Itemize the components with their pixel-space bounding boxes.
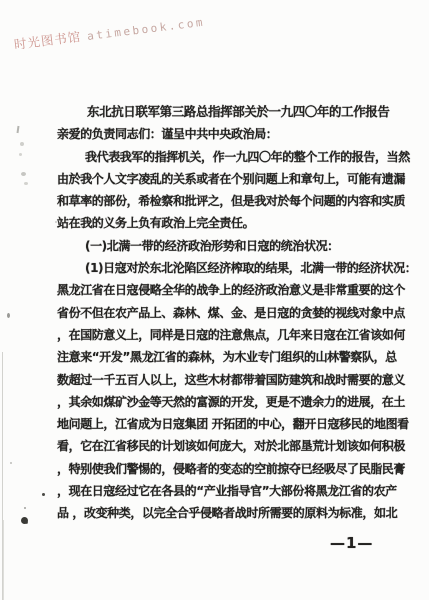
scan-speck	[19, 153, 22, 156]
report-line: 站在我的义务上负有政治上完全责任。	[57, 212, 398, 234]
scan-speck	[7, 313, 10, 318]
document-page: 时光图书馆atimebook.com 东北抗日联军第三路总指挥部关於一九四〇年的…	[0, 0, 429, 600]
report-subsection-heading: (1)日寇对於东北沦陷区经济榨取的结果，北满一带的经济状况：	[57, 257, 398, 279]
report-text-block: 东北抗日联军第三路总指挥部关於一九四〇年的工作报告 亲爱的负责同志们：谨呈中共中…	[57, 101, 398, 525]
scan-speck	[21, 172, 26, 176]
report-line: 品 ，改变种类，以完全合乎侵略者战时所需要的原料为标准，如北	[57, 502, 398, 524]
report-line: ，特别使我们警惕的，侵略者的变态的空前掠夺已经吸尽了民脂民膏	[57, 458, 398, 480]
report-line: 我代表我军的指挥机关，作一九四〇年的整个工作的报告，当然	[57, 146, 398, 168]
report-section-heading: (一)北满一带的经济政治形势和日寇的统治状况：	[57, 235, 398, 257]
report-line: 省份不但在农产品上、森林、煤、金、是日寇的贪婪的视线对象中点	[57, 302, 398, 324]
scan-speck	[42, 493, 45, 496]
report-line: ，其余如煤矿沙金等天然的富源的开发，更是不遗余力的进展，在土	[57, 391, 398, 413]
report-line: 注意来“开发”黑龙江省的森林，为木业专门组织的山林警察队，总	[57, 346, 398, 368]
scan-blot	[21, 517, 28, 524]
page-number: —1—	[330, 534, 390, 552]
scan-speck	[20, 142, 24, 146]
scan-speck	[17, 126, 20, 133]
report-title: 东北抗日联军第三路总指挥部关於一九四〇年的工作报告	[57, 101, 398, 123]
scan-speck	[24, 182, 28, 185]
scan-speck	[24, 507, 26, 509]
report-line: 数超过一千五百人以上，这些木材都带着国防建筑和战时需要的意义	[57, 369, 398, 391]
scan-edge-line	[3, 520, 4, 600]
report-line: 地问题上，江省成为日寇集团 开拓团的中心，翻开日寇移民的地图看	[57, 413, 398, 435]
report-line: 由於我个人文字凌乱的关系或者在个别问题上和章句上，可能有遗漏	[57, 168, 398, 190]
report-line: ，现在日寇经过它在各县的“产业指导官”大部份将黑龙江省的农产	[57, 480, 398, 502]
watermark-site-label: atimebook.com	[86, 16, 205, 43]
library-watermark: 时光图书馆atimebook.com	[13, 11, 206, 53]
scan-speck	[10, 462, 12, 464]
scan-speck	[55, 221, 57, 223]
watermark-chinese-label: 时光图书馆	[13, 29, 82, 52]
report-line: 看，它在江省移民的计划该如何庞大，对於北部垦荒计划该如何积极	[57, 435, 398, 457]
report-line: ，在国防意义上，同样是日寇的注意焦点，几年来日寇在江省该如何	[57, 324, 398, 346]
report-line: 亲爱的负责同志们：谨呈中共中央政治局：	[57, 123, 398, 145]
report-line: 和草率的部份，希检察和批评之，但是我对於每个问题的内容和实质	[57, 190, 398, 212]
report-line: 黑龙江省在日寇侵略全华的战争上的经济政治意义是非常重要的这个	[57, 279, 398, 301]
